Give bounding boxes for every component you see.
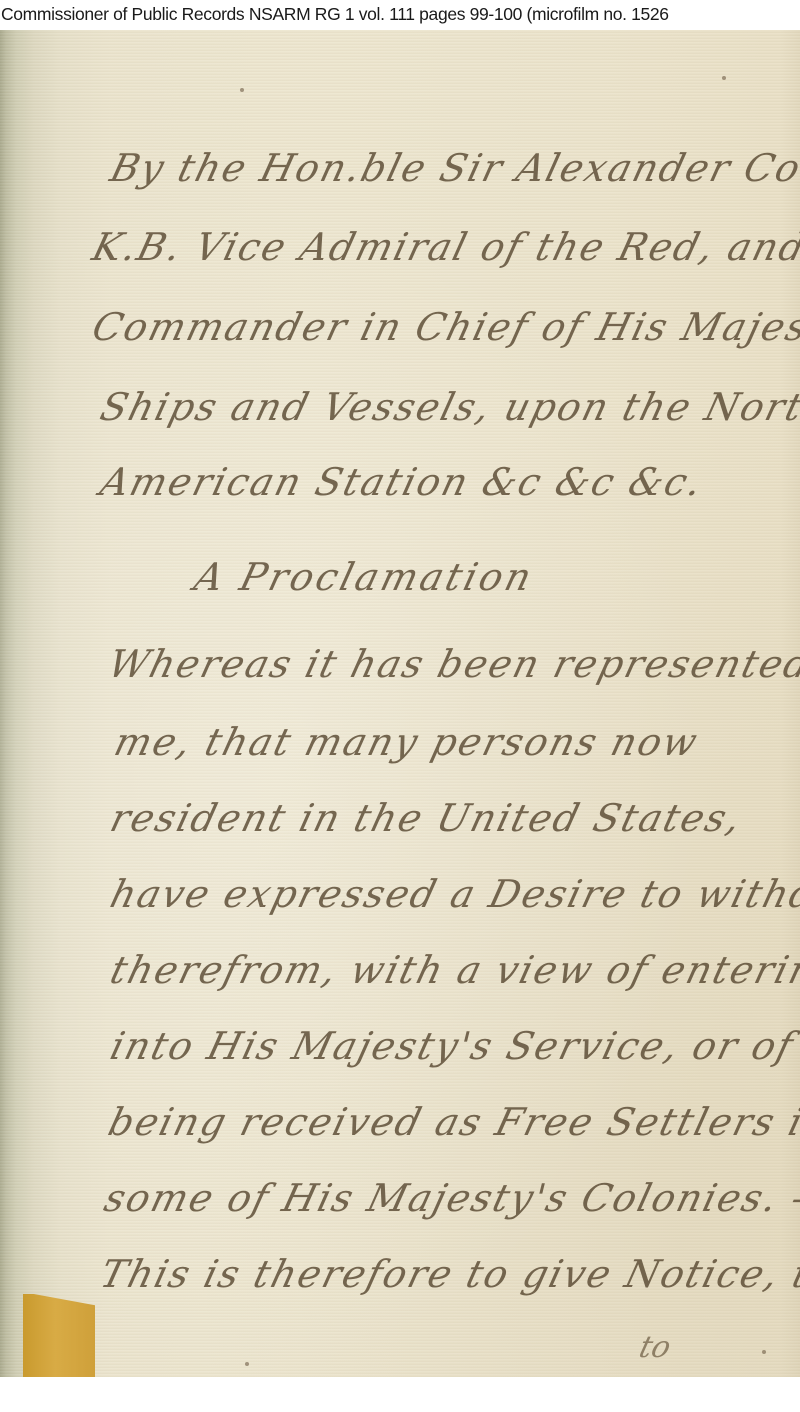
manuscript-line: Ships and Vessels, upon the North [96, 385, 800, 429]
paper-spot [240, 88, 244, 92]
manuscript-line: This is therefore to give Notice, that [96, 1252, 800, 1296]
manuscript-line: into His Majesty's Service, or of [106, 1024, 799, 1068]
manuscript-line: me, that many persons now [110, 720, 703, 764]
caption-bar: Commissioner of Public Records NSARM RG … [0, 0, 800, 30]
bottom-margin [0, 1377, 800, 1412]
manuscript-line: have expressed a Desire to withdraw [106, 872, 800, 916]
paper-spot [245, 1362, 249, 1366]
manuscript-scan: By the Hon.ble Sir Alexander Cochrane K.… [0, 30, 800, 1377]
paper-spot [762, 1350, 766, 1354]
manuscript-line: being received as Free Settlers into [104, 1100, 800, 1144]
manuscript-line: therefrom, with a view of entering [106, 948, 800, 992]
archive-citation: Commissioner of Public Records NSARM RG … [1, 4, 669, 24]
manuscript-line: some of His Majesty's Colonies. — [100, 1176, 800, 1220]
proclamation-heading: A Proclamation [190, 555, 539, 599]
manuscript-line: Whereas it has been represented to [104, 642, 800, 686]
manuscript-line: By the Hon.ble Sir Alexander Cochrane [106, 146, 800, 190]
manuscript-line: K.B. Vice Admiral of the Red, and [88, 225, 800, 269]
manuscript-line: American Station &c &c &c. [96, 460, 708, 504]
catchword: to [636, 1330, 675, 1365]
manuscript-text: By the Hon.ble Sir Alexander Cochrane K.… [0, 30, 800, 1377]
manuscript-line: Commander in Chief of His Majesty's [88, 305, 800, 349]
paper-spot [722, 76, 726, 80]
manuscript-line: resident in the United States, [106, 796, 747, 840]
